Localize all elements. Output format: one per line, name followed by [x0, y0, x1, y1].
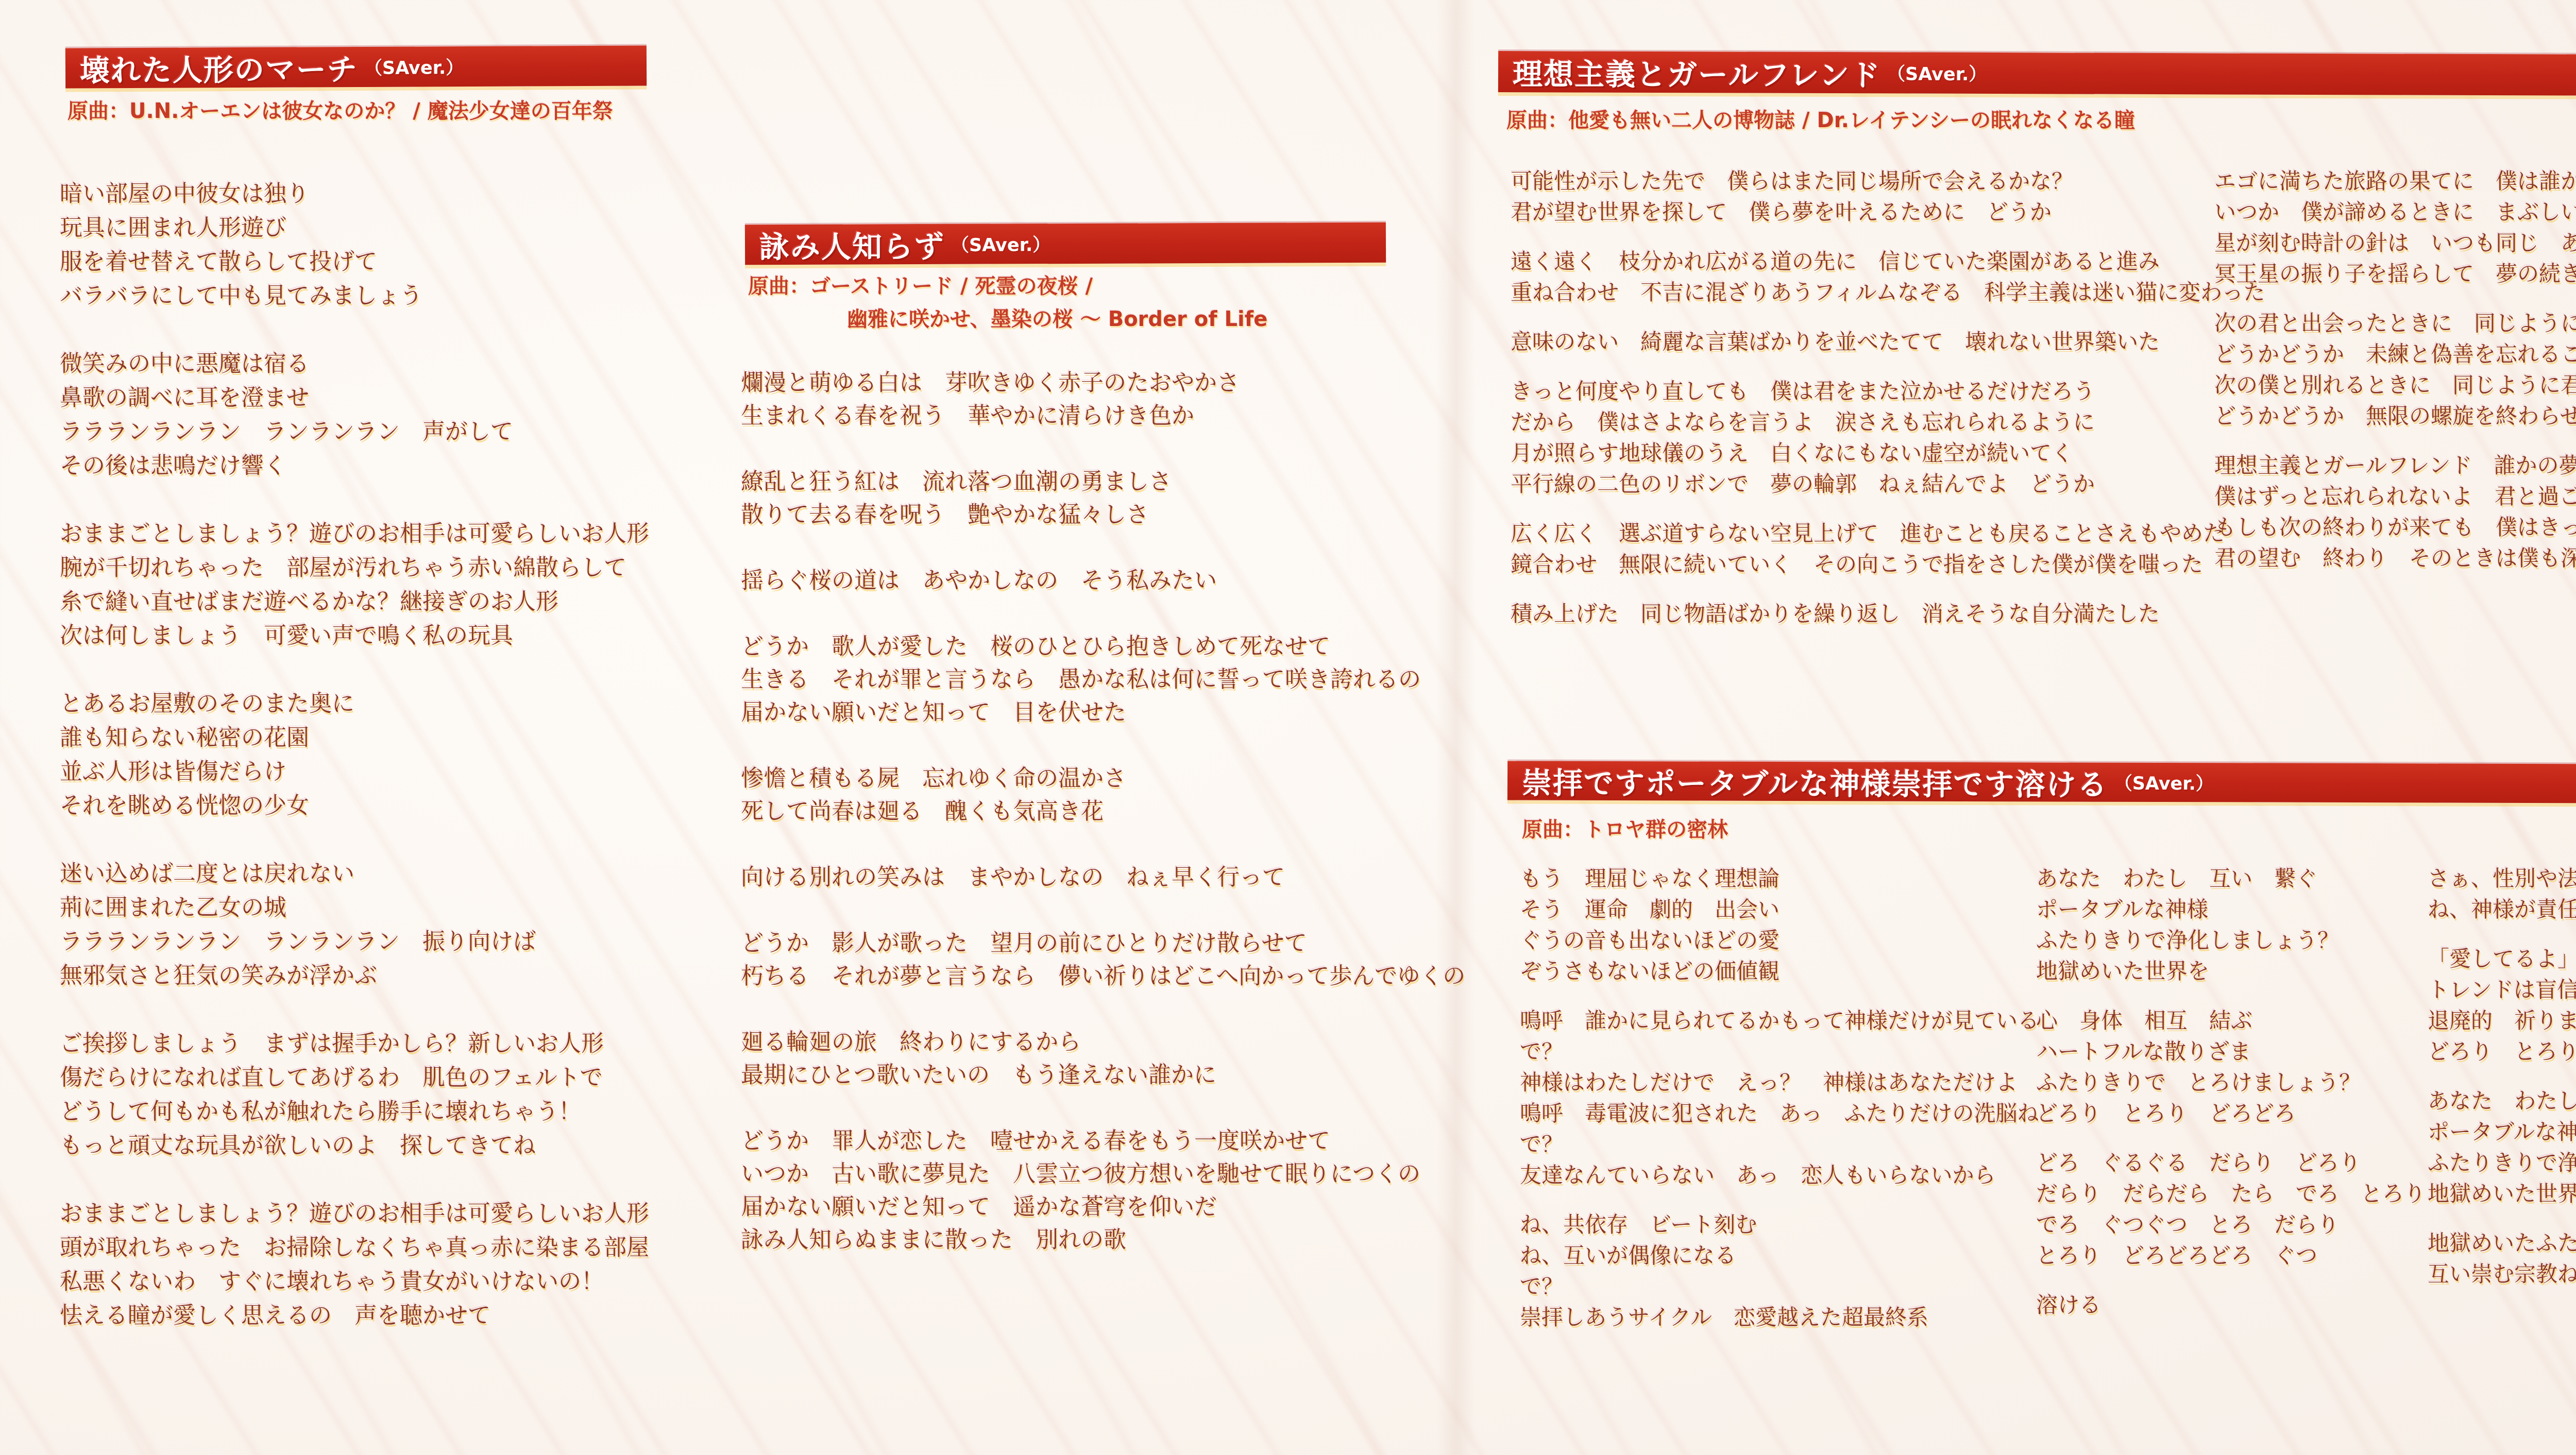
song-3-title: 理想主義とガールフレンド: [1513, 50, 1881, 94]
lyric-line: 意味のない 綺麗な言葉ばかりを並べたてて 壊れない世界築いた: [1511, 327, 2265, 357]
lyric-line: 次の君と出会ったときに 同じように僕は素直でいれるかな？: [2214, 308, 2576, 339]
stanza: どうか 影人が歌った 望月の前にひとりだけ散らせて朽ちる それが夢と言うなら 儚…: [741, 927, 1465, 993]
song-2-title-banner: 詠み人知らず （SAver.）: [745, 222, 1386, 265]
lyric-line: 地獄めいたふたりが: [2428, 1228, 2576, 1259]
lyric-line: 揺らぐ桜の道は あやかしなの そう私みたい: [741, 564, 1465, 597]
stanza: あなた わたし 互い 繋ぐポータブルな神様ふたりきりで浄化しましょう？地獄めいた…: [2036, 863, 2426, 987]
lyric-line: ね、互いが偶像になる: [1520, 1240, 2039, 1271]
lyric-line: 並ぶ人形は皆傷だらけ: [60, 755, 649, 789]
stanza: 可能性が示した先で 僕らはまた同じ場所で会えるかな？君が望む世界を探して 僕ら夢…: [1511, 166, 2265, 228]
stanza: どろ ぐるぐる だらり どろりだらり だらだら たら でろ とろりでろ ぐつぐつ…: [2036, 1148, 2426, 1271]
lyric-line: どうして何もかも私が触れたら勝手に壊れちゃう！: [60, 1095, 649, 1129]
lyric-line: どうか 影人が歌った 望月の前にひとりだけ散らせて: [741, 927, 1465, 960]
lyric-line: 向ける別れの笑みは まやかしなの ねぇ早く行って: [741, 861, 1465, 894]
lyric-line: 重ね合わせ 不吉に混ざりあうフィルムなぞる 科学主義は迷い猫に変わった: [1511, 277, 2265, 308]
lyric-line: 微笑みの中に悪魔は宿る: [60, 347, 649, 381]
song-4-title: 崇拝ですポータブルな神様崇拝です溶ける: [1522, 759, 2108, 804]
song-1-title-banner: 壊れた人形のマーチ （SAver.）: [65, 46, 647, 89]
stanza: さぁ、性別や法律すら もう些細なことで悩まずね、神様が責任負い で、なすりつけて…: [2428, 863, 2576, 925]
lyric-line: 死して尚春は廻る 醜くも気高き花: [741, 795, 1465, 828]
lyric-line: で？: [1520, 1271, 2039, 1302]
stanza: もう 理屈じゃなく理想論そう 運命 劇的 出会いぐうの音も出ないほどの愛ぞうさも…: [1520, 863, 2039, 987]
lyric-line: ね、神様が責任負い で、なすりつけて解決なの！: [2428, 894, 2576, 925]
song-3-version: （SAver.）: [1887, 60, 1987, 86]
lyric-line: 頭が取れちゃった お掃除しなくちゃ真っ赤に染まる部屋: [60, 1231, 649, 1265]
booklet-spread: { "colors": { "paper_bg": "#fbf5ef", "ba…: [0, 0, 2576, 1455]
lyric-line: 次の僕と別れるときに 同じように君はさよならするのかな？: [2214, 370, 2576, 401]
lyric-line: だらり だらだら たら でろ とろり: [2036, 1178, 2426, 1209]
lyric-line: 無邪気さと狂気の笑みが浮かぶ: [60, 959, 649, 993]
lyric-line: 傷だらけになれば直してあげるわ 肌色のフェルトで: [60, 1061, 649, 1095]
lyric-line: どろり とろり どろどろ: [2036, 1098, 2426, 1129]
lyric-line: もっと頑丈な玩具が欲しいのよ 探してきてね: [60, 1129, 649, 1163]
lyric-line: 散りて去る春を呪う 艶やかな猛々しさ: [741, 499, 1465, 532]
song-3-lyrics-column-1: 可能性が示した先で 僕らはまた同じ場所で会えるかな？君が望む世界を探して 僕ら夢…: [1511, 166, 2265, 648]
lyric-line: ぐうの音も出ないほどの愛: [1520, 925, 2039, 956]
stanza: 爛漫と萌ゆる白は 芽吹きゆく赤子のたおやかさ生まれくる春を祝う 華やかに清らけき…: [741, 367, 1465, 433]
stanza: 迷い込めば二度とは戻れない荊に囲まれた乙女の城ララランランラン ランランラン 振…: [60, 857, 649, 993]
lyric-line: どうかどうか 未練と偽善を忘れること 許されるなら: [2214, 339, 2576, 370]
lyric-line: エゴに満ちた旅路の果てに 僕は誰かの幸せを祈れるの？: [2214, 166, 2576, 197]
stanza: 揺らぐ桜の道は あやかしなの そう私みたい: [741, 564, 1465, 597]
song-1-lyrics-column: 暗い部屋の中彼女は独り玩具に囲まれ人形遊び服を着せ替えて散らして投げてバラバラに…: [60, 177, 649, 1367]
lyric-line: ぞうさもないほどの価値観: [1520, 956, 2039, 987]
lyric-line: 広く広く 選ぶ道すらない空見上げて 進むことも戻ることさえもやめた: [1511, 518, 2265, 549]
lyric-line: 月が照らす地球儀のうえ 白くなにもない虚空が続いてく: [1511, 438, 2265, 469]
lyric-line: 生まれくる春を祝う 華やかに清らけき色か: [741, 400, 1465, 433]
song-4-lyrics-column-3: さぁ、性別や法律すら もう些細なことで悩まずね、神様が責任負い で、なすりつけて…: [2428, 863, 2576, 1308]
lyric-line: あなた わたし 互い 繋ぐ: [2036, 863, 2426, 894]
lyric-line: とあるお屋敷のそのまた奥に: [60, 687, 649, 721]
lyric-line: 繚乱と狂う紅は 流れ落つ血潮の勇ましさ: [741, 466, 1465, 499]
stanza: 微笑みの中に悪魔は宿る鼻歌の調べに耳を澄ませララランランラン ランランラン 声が…: [60, 347, 649, 483]
stanza: 次の君と出会ったときに 同じように僕は素直でいれるかな？どうかどうか 未練と偽善…: [2214, 308, 2576, 432]
lyric-line: おままごとしましょう？遊びのお相手は可愛らしいお人形: [60, 517, 649, 551]
song-3-title-banner: 理想主義とガールフレンド （SAver.）: [1498, 51, 2576, 96]
lyric-line: どろ ぐるぐる だらり どろり: [2036, 1148, 2426, 1178]
lyric-line: 地獄めいた世界を: [2036, 956, 2426, 987]
lyric-line: 冥王星の振り子を揺らして 夢の続き ねぇ話してよ どうか: [2214, 259, 2576, 289]
stanza: とあるお屋敷のそのまた奥に誰も知らない秘密の花園並ぶ人形は皆傷だらけそれを眺める…: [60, 687, 649, 823]
lyric-line: あなた わたし 互い 繋ぐ: [2428, 1086, 2576, 1117]
stanza: 鳴呼 誰かに見られてるかもって神様だけが見ているで？神様はわたしだけで えっ？ …: [1520, 1005, 2039, 1191]
lyric-line: おままごとしましょう？遊びのお相手は可愛らしいお人形: [60, 1197, 649, 1231]
lyric-line: 腕が千切れちゃった 部屋が汚れちゃう赤い綿散らして: [60, 551, 649, 585]
lyric-line: 爛漫と萌ゆる白は 芽吹きゆく赤子のたおやかさ: [741, 367, 1465, 400]
lyric-line: で？: [1520, 1129, 2039, 1160]
song-4-lyrics-column-1: もう 理屈じゃなく理想論そう 運命 劇的 出会いぐうの音も出ないほどの愛ぞうさも…: [1520, 863, 2039, 1351]
lyric-line: ふたりきりで浄化しましょう？: [2036, 925, 2426, 956]
song-2-lyrics-column: 爛漫と萌ゆる白は 芽吹きゆく赤子のたおやかさ生まれくる春を祝う 華やかに清らけき…: [741, 367, 1465, 1290]
lyric-line: 理想主義とガールフレンド 誰かの夢のなかでしか生きれない: [2214, 450, 2576, 481]
lyric-line: でろ ぐつぐつ とろ だらり: [2036, 1209, 2426, 1240]
stanza: 地獄めいたふたりが互い崇む宗教ね: [2428, 1228, 2576, 1290]
lyric-line: 鳴呼 毒電波に犯された あっ ふたりだけの洗脳ね: [1520, 1098, 2039, 1129]
stanza: どうか 歌人が愛した 桜のひとひら抱きしめて死なせて生きる それが罪と言うなら …: [741, 630, 1465, 729]
lyric-line: 糸で縫い直せばまだ遊べるかな？継接ぎのお人形: [60, 585, 649, 619]
lyric-line: ふたりきりで とろけましょう？: [2036, 1067, 2426, 1098]
lyric-line: 溶ける: [2036, 1290, 2426, 1321]
lyric-line: どうか 罪人が恋した 噎せかえる春をもう一度咲かせて: [741, 1125, 1465, 1158]
lyric-line: 誰も知らない秘密の花園: [60, 721, 649, 755]
lyric-line: 星が刻む時計の針は いつも同じ あの場所しか回らない: [2214, 228, 2576, 259]
lyric-line: もしも次の終わりが来ても 僕はきっと逃げ出すだけなんだろう: [2214, 512, 2576, 543]
lyric-line: だから 僕はさよならを言うよ 涙さえも忘れられるように: [1511, 407, 2265, 438]
stanza: 理想主義とガールフレンド 誰かの夢のなかでしか生きれない僕はずっと忘れられないよ…: [2214, 450, 2576, 574]
lyric-line: 惨憺と積もる屍 忘れゆく命の温かさ: [741, 762, 1465, 795]
lyric-line: ふたりきりで浄化しましょう？: [2428, 1148, 2576, 1178]
lyric-line: トレンドは盲信ね: [2428, 974, 2576, 1005]
lyric-line: 最期にひとつ歌いたいの もう逢えない誰かに: [741, 1059, 1465, 1092]
song-4-version: （SAver.）: [2114, 769, 2214, 796]
stanza: あなた わたし 互い 繋ぐポータブルな神様ふたりきりで浄化しましょう？地獄めいた…: [2428, 1086, 2576, 1209]
song-1-version: （SAver.）: [364, 54, 464, 80]
lyric-line: ね、共依存 ビート刻む: [1520, 1209, 2039, 1240]
lyric-line: どろり とろり どろどろ: [2428, 1036, 2576, 1067]
lyric-line: どうか 歌人が愛した 桜のひとひら抱きしめて死なせて: [741, 630, 1465, 663]
lyric-line: 君の望む 終わり そのときは僕も深い眠りのなかへ どうか: [2214, 543, 2576, 574]
stanza: 広く広く 選ぶ道すらない空見上げて 進むことも戻ることさえもやめた鏡合わせ 無限…: [1511, 518, 2265, 580]
song-3-lyrics-column-2: エゴに満ちた旅路の果てに 僕は誰かの幸せを祈れるの？いつか 僕が諦めるときに ま…: [2214, 166, 2576, 592]
lyric-line: 僕はずっと忘れられないよ 君と過ごしたあの永遠を: [2214, 481, 2576, 512]
lyric-line: 届かない願いだと知って 目を伏せた: [741, 696, 1465, 729]
lyric-line: 届かない願いだと知って 遥かな蒼穹を仰いだ: [741, 1191, 1465, 1224]
song-4-origin-line: 原曲：トロヤ群の密林: [1522, 813, 1728, 843]
lyric-line: 生きる それが罪と言うなら 愚かな私は何に誓って咲き誇れるの: [741, 663, 1465, 696]
lyric-line: それを眺める恍惚の少女: [60, 789, 649, 823]
lyric-line: 暗い部屋の中彼女は独り: [60, 177, 649, 211]
lyric-line: とろり どろどろどろ ぐつ: [2036, 1240, 2426, 1271]
song-3-origin-line: 原曲：他愛も無い二人の博物誌 / Dr.レイテンシーの眠れなくなる瞳: [1506, 104, 2135, 133]
lyric-line: その後は悲鳴だけ響く: [60, 449, 649, 483]
stanza: どうか 罪人が恋した 噎せかえる春をもう一度咲かせていつか 古い歌に夢見た 八雲…: [741, 1125, 1465, 1257]
lyric-line: 地獄めいた世界を: [2428, 1178, 2576, 1209]
lyric-line: 積み上げた 同じ物語ばかりを繰り返し 消えそうな自分満たした: [1511, 598, 2265, 629]
lyric-line: 鳴呼 誰かに見られてるかもって神様だけが見ている: [1520, 1005, 2039, 1036]
lyric-line: いつか 僕が諦めるときに まぶしい朝日が来るのかな: [2214, 197, 2576, 228]
stanza: きっと何度やり直しても 僕は君をまた泣かせるだけだろうだから 僕はさよならを言う…: [1511, 376, 2265, 500]
lyric-line: 心 身体 相互 結ぶ: [2036, 1005, 2426, 1036]
lyric-line: 退廃的 祈りましょう: [2428, 1005, 2576, 1036]
stanza: 繚乱と狂う紅は 流れ落つ血潮の勇ましさ散りて去る春を呪う 艶やかな猛々しさ: [741, 466, 1465, 532]
song-1-origin-line: 原曲：U.N.オーエンは彼女なのか？ / 魔法少女達の百年祭: [67, 95, 613, 124]
lyric-line: 廻る輪廻の旅 終わりにするから: [741, 1026, 1465, 1059]
lyric-line: もう 理屈じゃなく理想論: [1520, 863, 2039, 894]
lyric-line: で？: [1520, 1036, 2039, 1067]
lyric-line: 迷い込めば二度とは戻れない: [60, 857, 649, 891]
lyric-line: 「愛してるよ」なんて嘘よ: [2428, 944, 2576, 974]
lyric-line: さぁ、性別や法律すら もう些細なことで悩まず: [2428, 863, 2576, 894]
lyric-line: 鏡合わせ 無限に続いていく その向こうで指をさした僕が僕を嗤った: [1511, 549, 2265, 580]
stanza: 廻る輪廻の旅 終わりにするから最期にひとつ歌いたいの もう逢えない誰かに: [741, 1026, 1465, 1092]
lyric-line: 平行線の二色のリボンで 夢の輪郭 ねぇ結んでよ どうか: [1511, 469, 2265, 500]
lyric-line: 玩具に囲まれ人形遊び: [60, 211, 649, 245]
stanza: おままごとしましょう？遊びのお相手は可愛らしいお人形腕が千切れちゃった 部屋が汚…: [60, 517, 649, 653]
lyric-line: ご挨拶しましょう まずは握手かしら？新しいお人形: [60, 1027, 649, 1061]
lyric-line: 荊に囲まれた乙女の城: [60, 891, 649, 925]
lyric-line: 詠み人知らぬままに散った 別れの歌: [741, 1224, 1465, 1257]
stanza: 心 身体 相互 結ぶハートフルな散りざまふたりきりで とろけましょう？どろり と…: [2036, 1005, 2426, 1129]
stanza: おままごとしましょう？遊びのお相手は可愛らしいお人形頭が取れちゃった お掃除しな…: [60, 1197, 649, 1333]
lyric-line: 次は何しましょう 可愛い声で鳴く私の玩具: [60, 619, 649, 653]
stanza: 意味のない 綺麗な言葉ばかりを並べたてて 壊れない世界築いた: [1511, 327, 2265, 357]
lyric-line: 鼻歌の調べに耳を澄ませ: [60, 381, 649, 415]
lyric-line: そう 運命 劇的 出会い: [1520, 894, 2039, 925]
lyric-line: きっと何度やり直しても 僕は君をまた泣かせるだけだろう: [1511, 376, 2265, 407]
lyric-line: 互い崇む宗教ね: [2428, 1259, 2576, 1290]
stanza: 向ける別れの笑みは まやかしなの ねぇ早く行って: [741, 861, 1465, 894]
song-4-title-banner: 崇拝ですポータブルな神様崇拝です溶ける （SAver.）: [1507, 761, 2576, 803]
song-2-origin-line-2: 幽雅に咲かせ、墨染の桜 ～ Border of Life: [847, 303, 1267, 332]
song-2-version: （SAver.）: [951, 231, 1050, 257]
lyric-line: 崇拝しあうサイクル 恋愛越えた超最終系: [1520, 1302, 2039, 1333]
lyric-line: 怯える瞳が愛しく思えるの 声を聴かせて: [60, 1299, 649, 1333]
stanza: 「愛してるよ」なんて嘘よトレンドは盲信ね退廃的 祈りましょうどろり とろり どろ…: [2428, 944, 2576, 1067]
lyric-line: バラバラにして中も見てみましょう: [60, 279, 649, 313]
lyric-line: ポータブルな神様: [2036, 894, 2426, 925]
lyric-line: どうかどうか 無限の螺旋を終わらせる意味を教えてよ どうか: [2214, 401, 2576, 432]
lyric-line: ポータブルな神様: [2428, 1117, 2576, 1148]
lyric-line: 私悪くないわ すぐに壊れちゃう貴女がいけないの！: [60, 1265, 649, 1299]
lyric-line: 可能性が示した先で 僕らはまた同じ場所で会えるかな？: [1511, 166, 2265, 197]
stanza: 溶ける: [2036, 1290, 2426, 1321]
lyric-line: ララランランラン ランランラン 声がして: [60, 415, 649, 449]
song-4-lyrics-column-2: あなた わたし 互い 繋ぐポータブルな神様ふたりきりで浄化しましょう？地獄めいた…: [2036, 863, 2426, 1339]
stanza: 暗い部屋の中彼女は独り玩具に囲まれ人形遊び服を着せ替えて散らして投げてバラバラに…: [60, 177, 649, 313]
lyric-line: 君が望む世界を探して 僕ら夢を叶えるために どうか: [1511, 197, 2265, 228]
song-1-title: 壊れた人形のマーチ: [80, 45, 358, 90]
lyric-line: 遠く遠く 枝分かれ広がる道の先に 信じていた楽園があると進み: [1511, 246, 2265, 277]
song-2-origin-line-1: 原曲：ゴーストリード / 死霊の夜桜 /: [748, 270, 1093, 299]
stanza: 遠く遠く 枝分かれ広がる道の先に 信じていた楽園があると進み重ね合わせ 不吉に混…: [1511, 246, 2265, 308]
lyric-line: 服を着せ替えて散らして投げて: [60, 245, 649, 279]
song-2-title: 詠み人知らず: [759, 222, 945, 266]
stanza: 惨憺と積もる屍 忘れゆく命の温かさ死して尚春は廻る 醜くも気高き花: [741, 762, 1465, 828]
lyric-line: 朽ちる それが夢と言うなら 儚い祈りはどこへ向かって歩んでゆくの: [741, 960, 1465, 993]
stanza: 積み上げた 同じ物語ばかりを繰り返し 消えそうな自分満たした: [1511, 598, 2265, 629]
stanza: ご挨拶しましょう まずは握手かしら？新しいお人形傷だらけになれば直してあげるわ …: [60, 1027, 649, 1163]
stanza: エゴに満ちた旅路の果てに 僕は誰かの幸せを祈れるの？いつか 僕が諦めるときに ま…: [2214, 166, 2576, 289]
lyric-line: 友達なんていらない あっ 恋人もいらないから: [1520, 1160, 2039, 1191]
lyric-line: いつか 古い歌に夢見た 八雲立つ彼方想いを馳せて眠りにつくの: [741, 1158, 1465, 1191]
lyric-line: 神様はわたしだけで えっ？ 神様はあなただけよ: [1520, 1067, 2039, 1098]
stanza: ね、共依存 ビート刻むね、互いが偶像になるで？崇拝しあうサイクル 恋愛越えた超最…: [1520, 1209, 2039, 1333]
lyric-line: ハートフルな散りざま: [2036, 1036, 2426, 1067]
lyric-line: ララランランラン ランランラン 振り向けば: [60, 925, 649, 959]
